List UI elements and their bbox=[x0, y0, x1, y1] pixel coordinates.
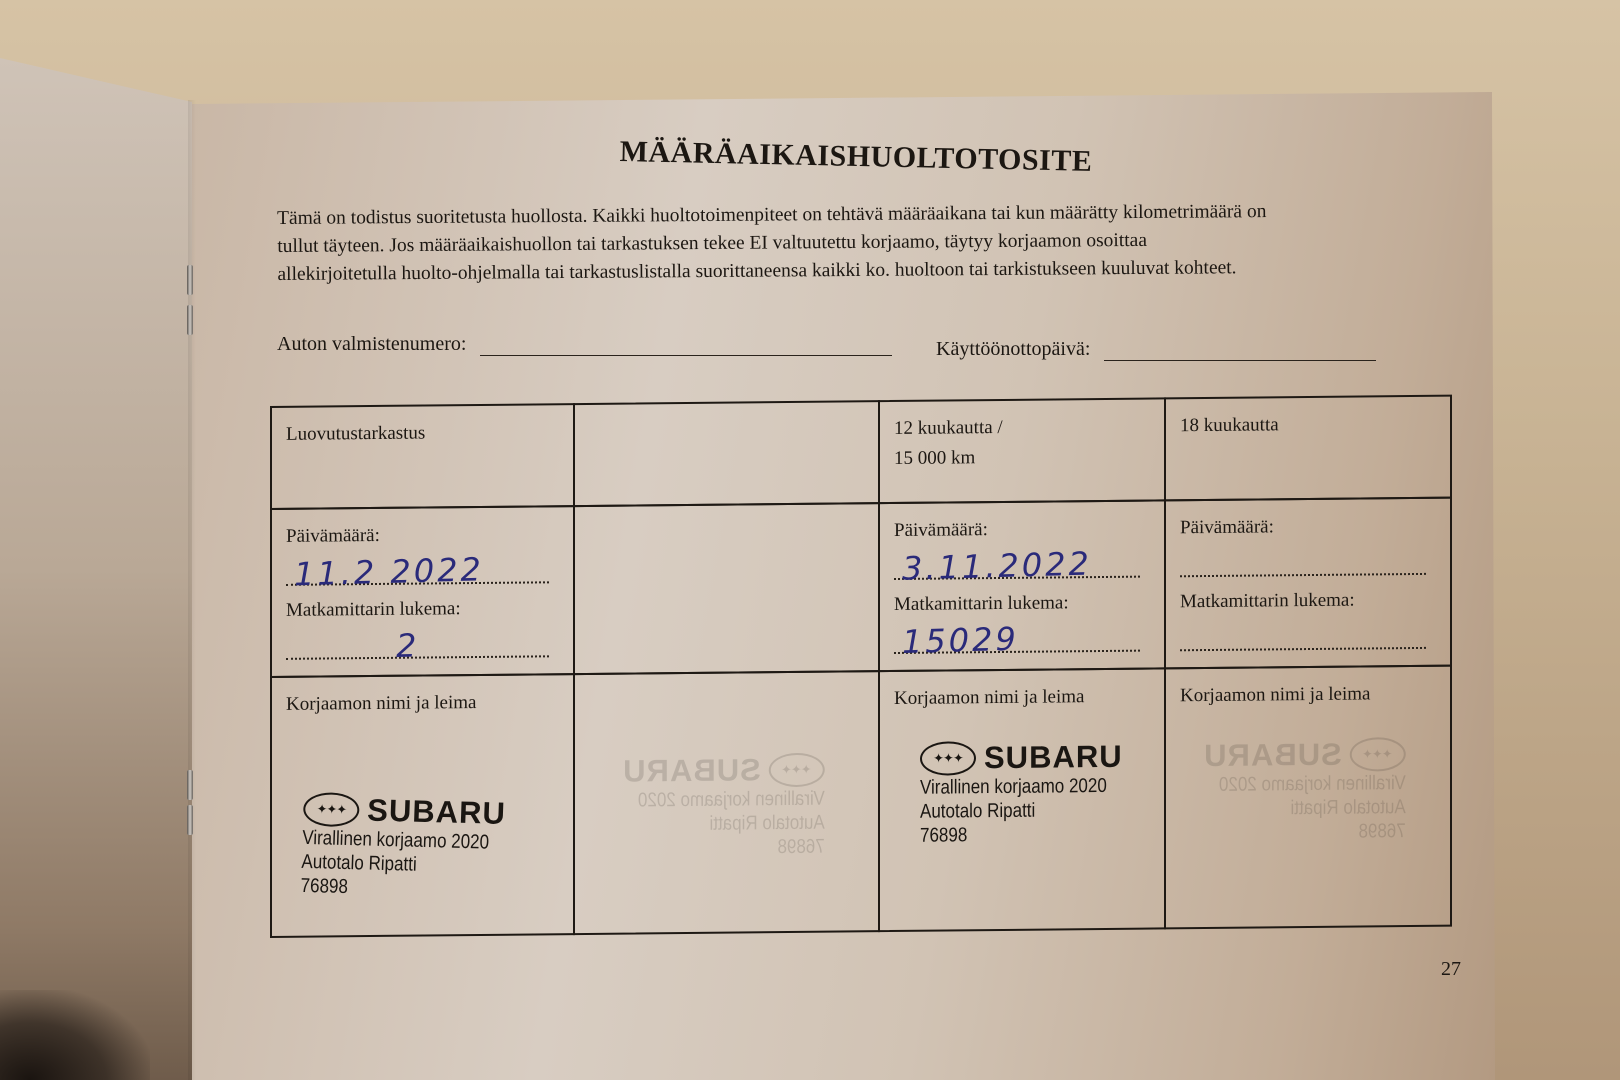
odometer-input[interactable] bbox=[1180, 615, 1426, 651]
commission-date-label: Käyttöönottopäivä: bbox=[936, 338, 1090, 361]
commission-date-field: Käyttöönottopäivä: bbox=[936, 338, 1376, 361]
stamp-cell: Korjaamon nimi ja leima ✦✦✦ SUBARU Viral… bbox=[878, 667, 1166, 932]
empty-cell bbox=[573, 502, 880, 675]
date-odometer-cell: Päivämäärä: 11.2 2022 Matkamittarin luke… bbox=[270, 505, 575, 678]
show-through-stamp: ✦✦✦ SUBARU Virallinen korjaamo 2020 Auto… bbox=[605, 753, 825, 861]
service-table: Luovutustarkastus 12 kuukautta / 15 000 … bbox=[270, 395, 1465, 946]
stamp-cell: Korjaamon nimi ja leima ✦✦✦ SUBARU Viral… bbox=[270, 673, 575, 938]
header-cell: 18 kuukautta bbox=[1164, 395, 1452, 502]
vin-label: Auton valmistenumero: bbox=[277, 333, 466, 356]
stamp-cell: ✦✦✦ SUBARU Virallinen korjaamo 2020 Auto… bbox=[573, 670, 880, 935]
commission-date-input[interactable] bbox=[1104, 340, 1376, 361]
subaru-logo-icon: ✦✦✦ bbox=[1350, 737, 1406, 772]
page-content: MÄÄRÄAIKAISHUOLTOTOSITE Tämä on todistus… bbox=[0, 0, 1620, 1080]
vin-field: Auton valmistenumero: bbox=[277, 333, 892, 356]
handwritten-odometer: 2 bbox=[396, 630, 420, 661]
show-through-stamp: ✦✦✦ SUBARU Virallinen korjaamo 2020 Auto… bbox=[1186, 737, 1406, 845]
odometer-input[interactable]: 15029 bbox=[894, 618, 1140, 654]
handwritten-date: 3.11.2022 bbox=[902, 548, 1092, 583]
date-input[interactable] bbox=[1180, 541, 1426, 577]
page-title: MÄÄRÄAIKAISHUOLTOTOSITE bbox=[619, 135, 1092, 179]
header-cell bbox=[573, 400, 880, 507]
page-number: 27 bbox=[1441, 958, 1461, 981]
vin-input[interactable] bbox=[480, 335, 892, 356]
handwritten-date: 11.2 2022 bbox=[294, 554, 484, 589]
workshop-stamp: ✦✦✦ SUBARU Virallinen korjaamo 2020 Auto… bbox=[300, 792, 523, 904]
date-odometer-cell: Päivämäärä: Matkamittarin lukema: bbox=[1164, 497, 1452, 670]
header-cell: 12 kuukautta / 15 000 km bbox=[878, 397, 1166, 504]
odometer-input[interactable]: 2 bbox=[286, 623, 549, 660]
subaru-logo-icon: ✦✦✦ bbox=[769, 753, 825, 788]
date-input[interactable]: 3.11.2022 bbox=[894, 544, 1140, 580]
stamp-cell: Korjaamon nimi ja leima ✦✦✦ SUBARU Viral… bbox=[1164, 665, 1452, 930]
date-odometer-cell: Päivämäärä: 3.11.2022 Matkamittarin luke… bbox=[878, 499, 1166, 672]
handwritten-odometer: 15029 bbox=[902, 624, 1019, 657]
subaru-logo-icon: ✦✦✦ bbox=[303, 792, 360, 827]
date-input[interactable]: 11.2 2022 bbox=[286, 549, 549, 586]
workshop-stamp: ✦✦✦ SUBARU Virallinen korjaamo 2020 Auto… bbox=[920, 740, 1140, 848]
header-cell: Luovutustarkastus bbox=[270, 403, 575, 510]
subaru-logo-icon: ✦✦✦ bbox=[920, 741, 976, 776]
intro-paragraph: Tämä on todistus suoritetusta huollosta.… bbox=[277, 197, 1438, 289]
